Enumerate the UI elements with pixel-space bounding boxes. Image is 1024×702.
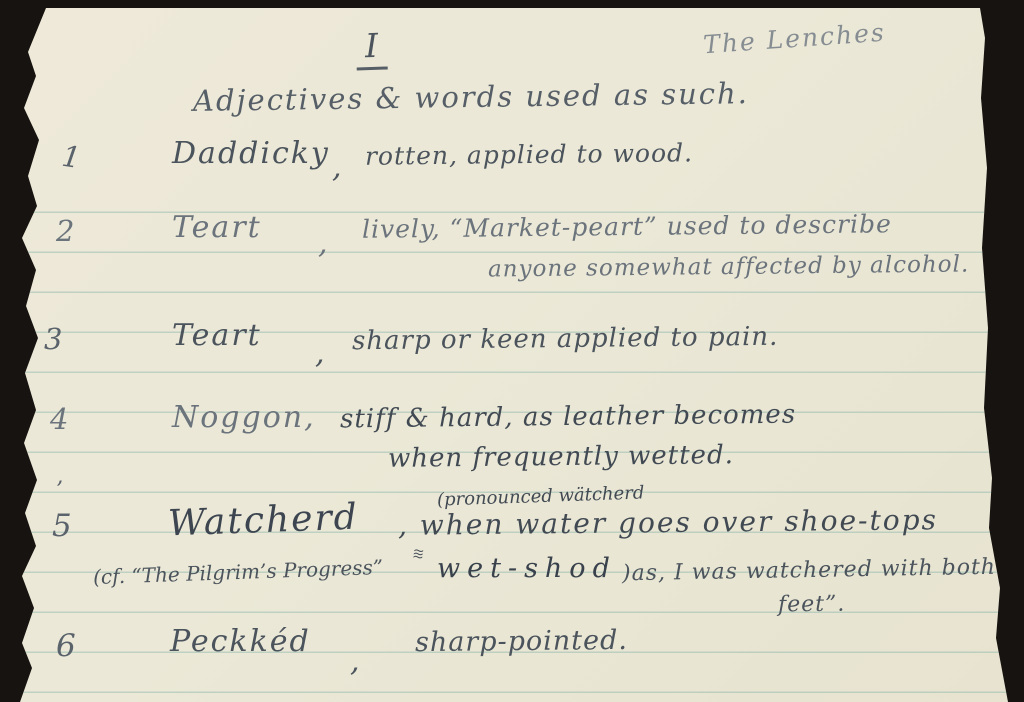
entry-separator: , — [315, 336, 326, 371]
entry-number: 6 — [56, 628, 77, 664]
citation-emphasis: wet-shod — [437, 553, 617, 584]
notebook-page: I The Lenches Adjectives & words used as… — [12, 8, 1008, 702]
section-numeral: I — [355, 25, 388, 70]
entry-definition: , when water goes over shoe-tops — [398, 503, 938, 542]
entry-word: Watcherd — [167, 497, 359, 545]
entry-number: 2 — [56, 214, 75, 248]
entry-definition: sharp or keen applied to pain. — [352, 322, 779, 356]
entry-definition-cont: when frequently wetted. — [388, 440, 734, 474]
entry-number: 5 — [52, 508, 73, 544]
entry-definition: rotten, applied to wood. — [365, 138, 693, 170]
entry-word: Daddicky — [172, 136, 330, 171]
entry-number: 4 — [50, 402, 69, 436]
entry-separator: , — [332, 150, 343, 185]
stray-mark: ’ — [56, 478, 64, 503]
entry-separator: , — [350, 644, 361, 679]
corner-note: The Lenches — [702, 18, 886, 60]
insertion-mark-icon: ≀≀≀ — [409, 547, 426, 559]
entry-definition: sharp-pointed. — [415, 625, 628, 658]
citation-right: )as, I was watchered with both — [622, 555, 996, 587]
entry-definition: stiff & hard, as leather becomes — [340, 400, 796, 435]
citation-cont: feet”. — [778, 592, 846, 618]
photo-background: I The Lenches Adjectives & words used as… — [0, 0, 1024, 702]
entry-word: Teart — [172, 318, 262, 353]
entry-word: Peckkéd — [170, 624, 311, 659]
entry-number: 3 — [44, 322, 63, 356]
page-title: Adjectives & words used as such. — [193, 76, 749, 118]
citation-left: (cf. “The Pilgrim’s Progress” — [93, 555, 384, 589]
entry-separator: , — [318, 226, 329, 261]
entry-word: Teart — [172, 210, 262, 245]
entry-number: 1 — [60, 139, 84, 175]
entry-definition: lively, “Market-peart” used to describe — [362, 209, 892, 244]
entry-definition-cont: anyone somewhat affected by alcohol. — [488, 251, 969, 282]
entry-word: Noggon, — [172, 400, 316, 435]
